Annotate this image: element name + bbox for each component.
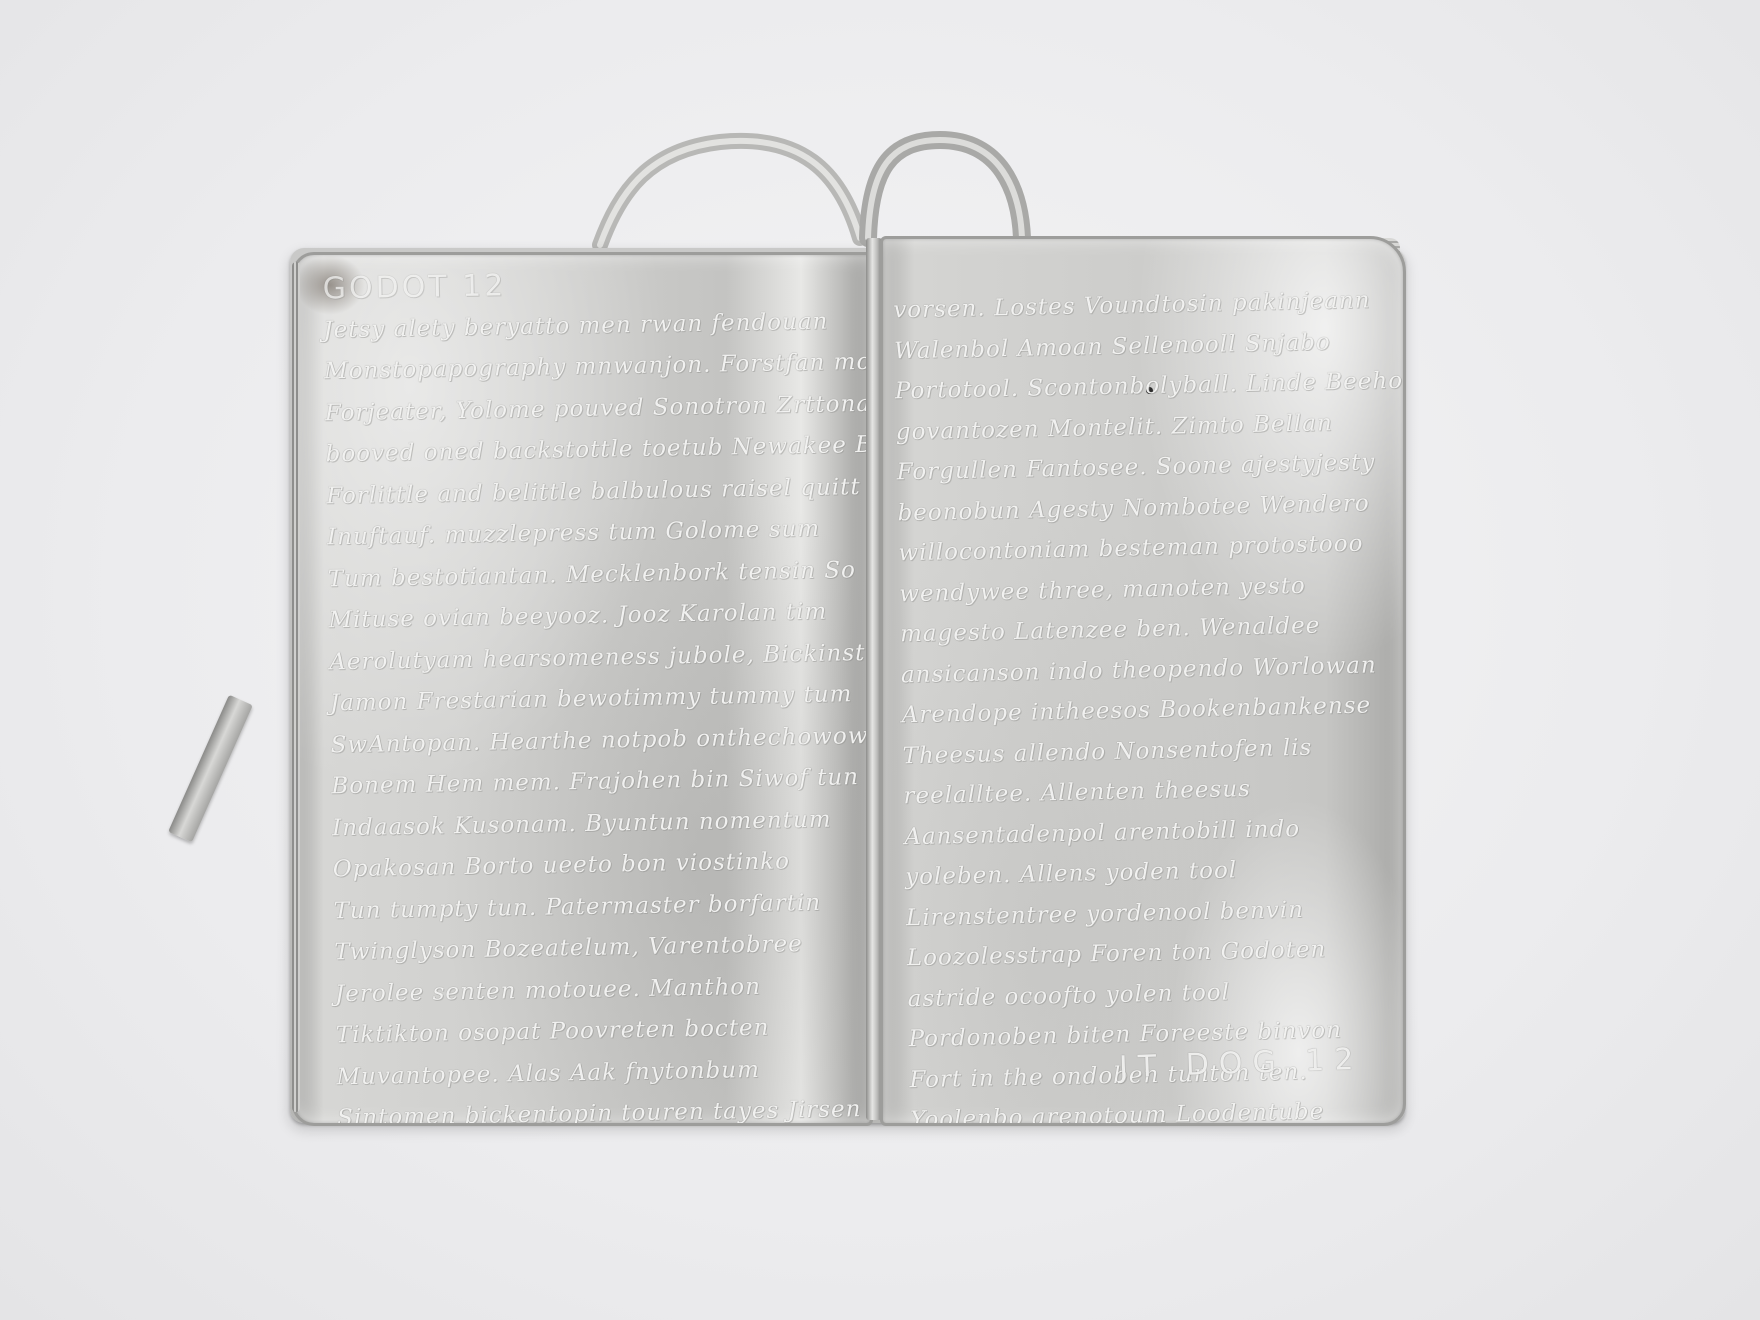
left-page: GODOT 12 Jetsy alety beryatto men rwan f… [292,252,873,1126]
right-page: vorsen. Lostes Voundtosin pakinjeann Wal… [880,236,1406,1126]
left-page-text: GODOT 12 Jetsy alety beryatto men rwan f… [322,258,873,1126]
right-page-text: vorsen. Lostes Voundtosin pakinjeann Wal… [893,280,1406,1126]
photo-scene: GODOT 12 Jetsy alety beryatto men rwan f… [0,0,1760,1320]
bookmark-ribbon [168,695,253,843]
left-page-edge [292,262,300,1112]
